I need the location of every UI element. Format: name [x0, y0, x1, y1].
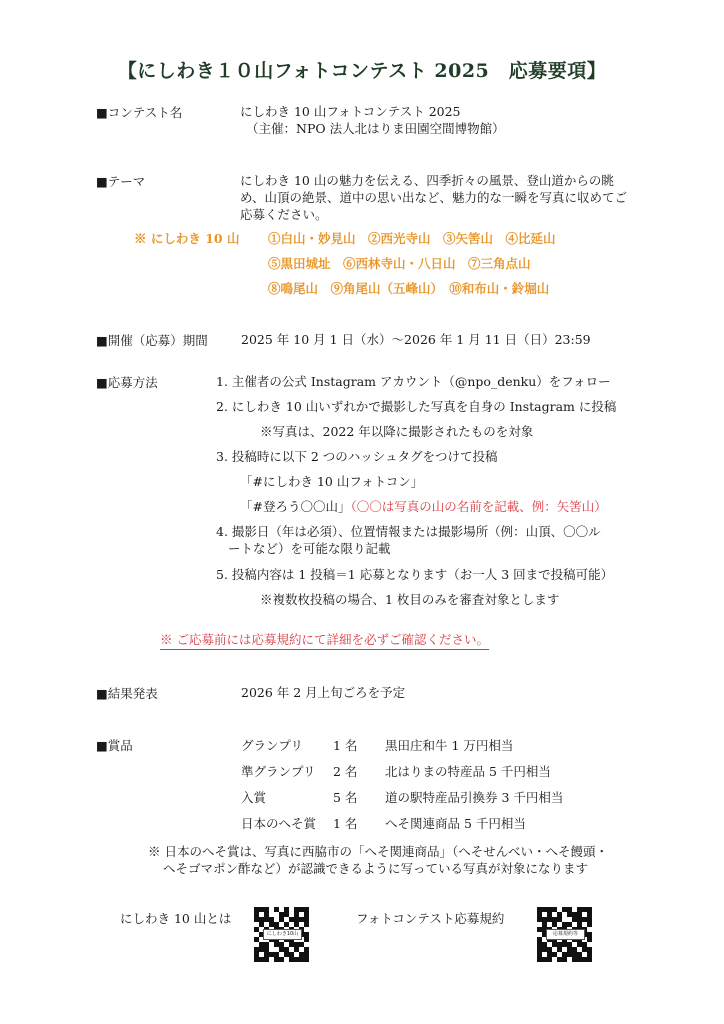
prize-count: 1 名	[333, 814, 357, 832]
method-label: ■応募方法	[96, 373, 158, 391]
method-step-2-note: ※写真は、2022 年以降に撮影されたものを対象	[260, 423, 533, 440]
prize-item: 道の駅特産品引換券 3 千円相当	[385, 788, 563, 806]
prize-name: 入賞	[241, 788, 266, 806]
method-step-3: 3. 投稿時に以下 2 つのハッシュタグをつけて投稿	[216, 448, 498, 465]
prize-count: 2 名	[333, 762, 357, 780]
prize-name: 準グランプリ	[241, 762, 316, 780]
terms-warning-text: ※ ご応募前には応募規約にて詳細を必ずご確認ください。	[160, 632, 489, 650]
prize-item: へそ関連商品 5 千円相当	[385, 814, 526, 832]
mountains-label: ※ にしわき 10 山	[134, 229, 239, 247]
results-value: 2026 年 2 月上旬ごろを予定	[241, 684, 405, 701]
prize-name: 日本のへそ賞	[241, 814, 316, 832]
contest-name-label: ■コンテスト名	[96, 103, 182, 121]
prize-note-line-2: へそゴマポン酢など）が認識できるように写っている写真が対象になります	[163, 860, 588, 877]
method-step-4-cont: ートなど）を可能な限り記載	[228, 540, 391, 557]
page-title: 【にしわき１０山フォトコンテスト 2025 応募要項】	[0, 56, 724, 83]
method-step-5: 5. 投稿内容は 1 投稿＝1 応募となります（お一人 3 回まで投稿可能）	[216, 566, 613, 583]
contest-organizer: （主催：NPO 法人北はりま田園空間博物館）	[246, 120, 505, 137]
hashtag-2-note: （〇〇は写真の山の名前を記載、例：矢筈山）	[350, 499, 606, 514]
mountains-row-3: ⑧鳴尾山 ⑨角尾山（五峰山） ⑩和布山・鈴堀山	[268, 279, 549, 297]
mountains-row-1: ①白山・妙見山 ②西光寺山 ③矢筈山 ④比延山	[268, 229, 556, 247]
prize-name: グランプリ	[241, 736, 303, 754]
prize-item: 黒田庄和牛 1 万円相当	[385, 736, 513, 754]
qr-code-terms[interactable]: 応募規約等	[537, 907, 592, 962]
method-step-4: 4. 撮影日（年は必須）、位置情報または撮影場所（例：山頂、〇〇ル	[216, 523, 601, 540]
theme-label: ■テーマ	[96, 172, 145, 190]
prize-count: 1 名	[333, 736, 357, 754]
qr-caption: 応募規約等	[546, 929, 585, 940]
period-label: ■開催（応募）期間	[96, 331, 208, 349]
theme-text: にしわき 10 山の魅力を伝える、四季折々の風景、登山道からの眺め、山頂の絶景、…	[240, 172, 632, 223]
mountains-row-2: ⑤黒田城址 ⑥西林寺山・八日山 ⑦三角点山	[268, 254, 531, 272]
prize-note-line-1: ※ 日本のへそ賞は、写真に西脇市の「へそ関連商品」（へそせんべい・へそ饅頭・	[148, 843, 608, 860]
qr-code-nishiwaki[interactable]: にしわき10山	[254, 907, 309, 962]
results-label: ■結果発表	[96, 684, 158, 702]
terms-label: フォトコンテスト応募規約	[356, 910, 504, 927]
hashtag-2: 「#登ろう〇〇山」	[240, 499, 350, 514]
prizes-label: ■賞品	[96, 736, 133, 754]
method-step-2: 2. にしわき 10 山いずれかで撮影した写真を自身の Instagram に投…	[216, 398, 616, 415]
hashtag-1: 「#にしわき 10 山フォトコン」	[240, 473, 423, 490]
nishiwaki-about-label: にしわき 10 山とは	[120, 910, 231, 927]
period-value: 2025 年 10 月 1 日（水）～2026 年 1 月 11 日（日）23:…	[241, 331, 591, 348]
hashtag-2-row: 「#登ろう〇〇山」（〇〇は写真の山の名前を記載、例：矢筈山）	[240, 498, 607, 515]
contest-name-value: にしわき 10 山フォトコンテスト 2025	[240, 103, 461, 120]
method-step-5-note: ※複数枚投稿の場合、1 枚目のみを審査対象とします	[260, 591, 559, 608]
qr-caption: にしわき10山	[263, 929, 302, 940]
method-step-1: 1. 主催者の公式 Instagram アカウント（@npo_denku）をフォ…	[216, 373, 611, 390]
prize-item: 北はりまの特産品 5 千円相当	[385, 762, 551, 780]
terms-warning: ※ ご応募前には応募規約にて詳細を必ずご確認ください。	[160, 631, 489, 648]
prize-count: 5 名	[333, 788, 357, 806]
